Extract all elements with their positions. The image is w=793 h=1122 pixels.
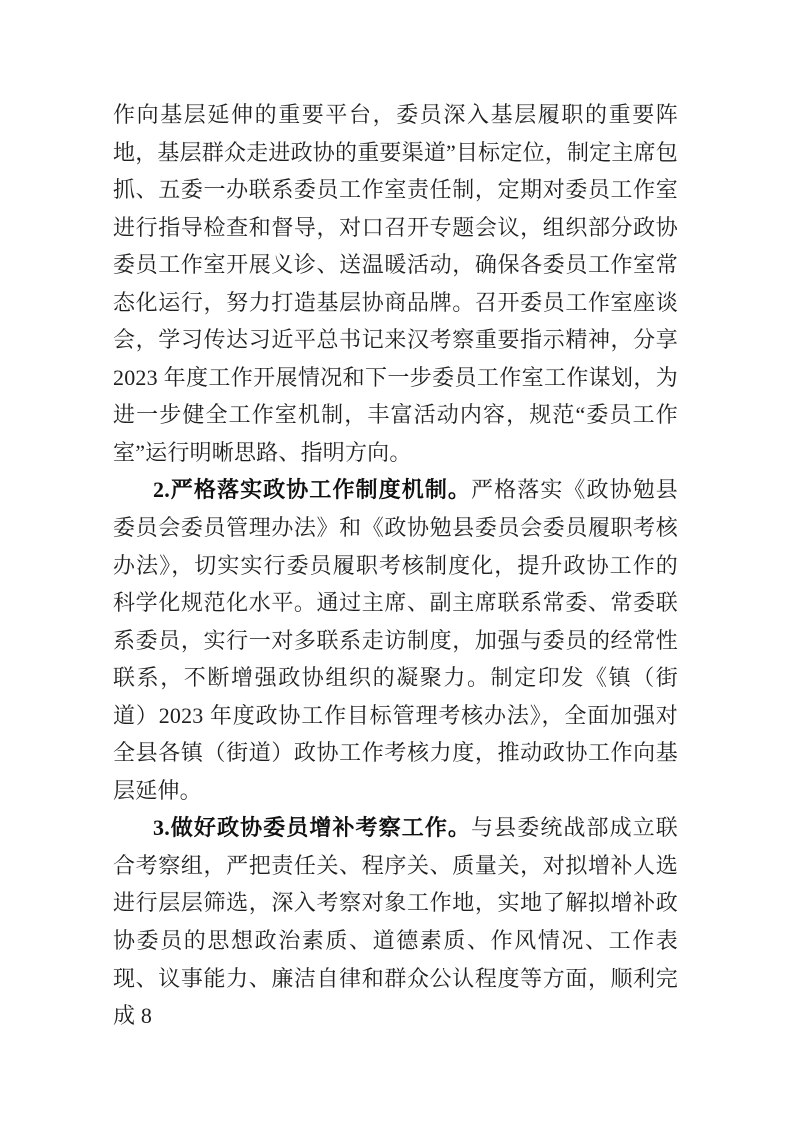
paragraph-text: 作向基层延伸的重要平台，委员深入基层履职的重要阵地，基层群众走进政协的重要渠道”… xyxy=(113,102,678,465)
document-text-block: 作向基层延伸的重要平台，委员深入基层履职的重要阵地，基层群众走进政协的重要渠道”… xyxy=(113,96,678,1035)
paragraph: 3.做好政协委员增补考察工作。与县委统战部成立联合考察组，严把责任关、程序关、质… xyxy=(113,809,678,1034)
paragraph: 2.严格落实政协工作制度机制。严格落实《政协勉县委员会委员管理办法》和《政协勉县… xyxy=(113,471,678,809)
document-page: 作向基层延伸的重要平台，委员深入基层履职的重要阵地，基层群众走进政协的重要渠道”… xyxy=(0,0,793,1122)
paragraph: 作向基层延伸的重要平台，委员深入基层履职的重要阵地，基层群众走进政协的重要渠道”… xyxy=(113,96,678,471)
section-heading: 2.严格落实政协工作制度机制。 xyxy=(153,477,471,502)
paragraph-text: 严格落实《政协勉县委员会委员管理办法》和《政协勉县委员会委员履职考核办法》，切实… xyxy=(113,477,678,802)
section-heading: 3.做好政协委员增补考察工作。 xyxy=(153,815,471,840)
paragraph-text: 与县委统战部成立联合考察组，严把责任关、程序关、质量关，对拟增补人选进行层层筛选… xyxy=(113,815,678,1028)
